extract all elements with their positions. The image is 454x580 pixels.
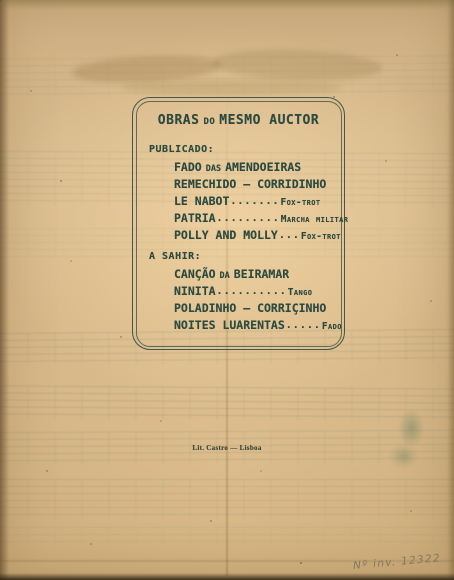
title-word: LE NABOT (174, 194, 229, 208)
lithographer-imprint: Lit. Castro — Lisboa (192, 444, 261, 452)
title-word: AMENDOEIRAS (225, 160, 301, 174)
page-edge-right (447, 0, 454, 580)
work-item: POLADINHO – CORRIÇINHO (174, 300, 340, 317)
dotted-leader: ..... (286, 320, 321, 331)
title-word: DAS (206, 164, 221, 174)
published-works-list: FADODASAMENDOEIRASREMECHIDO – CORRIDINHO… (174, 159, 340, 244)
dotted-leader: ....... (230, 196, 279, 207)
work-item: NOITES LUARENTAS.....Fado (174, 317, 340, 334)
work-title: CANÇÃODABEIRAMAR (174, 267, 289, 281)
title-word: FADO (174, 160, 202, 174)
work-item: CANÇÃODABEIRAMAR (174, 266, 340, 283)
work-item: POLLY AND MOLLY...Fox-trot (174, 227, 340, 244)
work-item: LE NABOT.......Fox-trot (174, 193, 340, 210)
page-edge-bottom (0, 573, 454, 580)
work-genre: Fox-trot (301, 231, 341, 242)
work-title: LE NABOT (174, 194, 229, 208)
work-genre: Tango (288, 287, 313, 298)
inventory-number-annotation: Nº inv. 12322 (353, 552, 442, 572)
page-edge-top (0, 0, 454, 9)
title-word: NINITA (174, 284, 216, 298)
work-genre: Fox-trot (281, 197, 321, 208)
title-word: CANÇÃO (174, 267, 216, 281)
work-genre: Fado (322, 321, 342, 332)
title-word: PATRIA (174, 211, 216, 225)
work-item: NINITA..........Tango (174, 283, 340, 300)
work-title: FADODASAMENDOEIRAS (174, 160, 301, 174)
work-title: NINITA (174, 284, 216, 298)
dotted-leader: ......... (217, 213, 280, 224)
work-item: REMECHIDO – CORRIDINHO (174, 176, 340, 193)
title-word: BEIRAMAR (234, 267, 289, 281)
ink-stain (386, 406, 432, 476)
section-heading-forthcoming: A SAHIR: (149, 251, 201, 262)
work-title: NOITES LUARENTAS (174, 318, 285, 332)
dotted-leader: .......... (217, 286, 287, 297)
page-title: OBRASDOMESMO AUCTOR (133, 113, 344, 128)
work-genre: Marcha militar (281, 214, 349, 225)
title-word: OBRAS (158, 113, 200, 128)
work-item: PATRIA.........Marcha militar (174, 210, 340, 227)
work-title: REMECHIDO – CORRIDINHO (174, 177, 326, 191)
work-item: FADODASAMENDOEIRAS (174, 159, 340, 176)
title-bleedthrough-blot (122, 80, 342, 95)
title-word: REMECHIDO – CORRIDINHO (174, 177, 326, 191)
title-word: DO (203, 117, 215, 127)
forthcoming-works-list: CANÇÃODABEIRAMARNINITA..........TangoPOL… (174, 266, 340, 334)
works-list-frame: OBRASDOMESMO AUCTOR PUBLICADO: FADODASAM… (132, 97, 345, 350)
work-title: POLADINHO – CORRIÇINHO (174, 301, 326, 315)
work-title: POLLY AND MOLLY (174, 228, 278, 242)
title-word: POLADINHO – CORRIÇINHO (174, 301, 326, 315)
title-word: POLLY AND MOLLY (174, 228, 278, 242)
page-edge-left (0, 0, 9, 580)
title-word: MESMO AUCTOR (219, 113, 319, 128)
dotted-leader: ... (279, 230, 300, 241)
title-word: NOITES LUARENTAS (174, 318, 285, 332)
work-title: PATRIA (174, 211, 216, 225)
sheet-music-back-cover: OBRASDOMESMO AUCTOR PUBLICADO: FADODASAM… (0, 0, 454, 580)
section-heading-published: PUBLICADO: (149, 144, 214, 155)
title-word: DA (220, 271, 230, 281)
